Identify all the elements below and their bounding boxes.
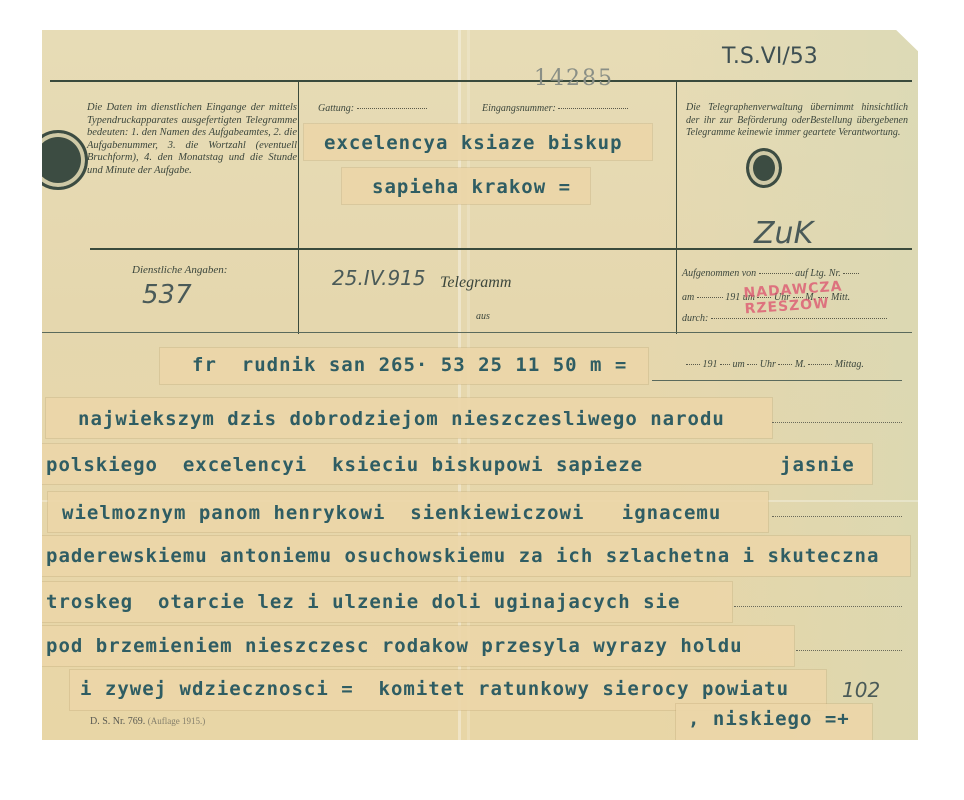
mittag-label: Mittag. xyxy=(835,359,864,370)
dotted-line xyxy=(686,364,700,365)
dotted-line xyxy=(747,364,757,365)
eingangsnummer-line xyxy=(558,108,628,109)
handwritten-date: 25.IV.915 xyxy=(332,266,426,290)
message-line-2b: jasnie xyxy=(780,454,855,476)
message-line-2: polskiego excelencyi ksieciu biskupowi s… xyxy=(46,454,643,476)
um-label: um xyxy=(733,359,745,370)
postal-seal xyxy=(746,148,782,188)
form-rule-vertical-right xyxy=(676,82,677,334)
dotted-line xyxy=(772,422,902,423)
address-line-2: sapieha krakow = xyxy=(372,176,571,198)
handwritten-initials: ZuK xyxy=(754,216,813,251)
gattung-field: Gattung: xyxy=(318,103,427,114)
dotted-line xyxy=(697,297,723,298)
dotted-line xyxy=(734,606,902,607)
handwritten-page-count: 102 xyxy=(842,678,880,702)
form-number: D. S. Nr. 769. xyxy=(90,716,145,727)
address-line-1: excelencya ksiaze biskup xyxy=(324,132,623,154)
left-notice: Die Daten im dienstlichen Eingange der m… xyxy=(87,102,297,177)
dotted-line xyxy=(711,318,887,319)
eingangsnummer-field: Eingangsnummer: xyxy=(482,103,628,114)
form-rule-date-line xyxy=(652,380,902,381)
message-line-6: pod brzemieniem nieszczesc rodakow przes… xyxy=(46,635,743,657)
message-line-4: paderewskiemu antoniemu osuchowskiemu za… xyxy=(46,545,879,567)
message-line-1: najwiekszym dzis dobrodziejom nieszczesl… xyxy=(78,408,725,430)
archive-mark: T.S.VI/53 xyxy=(722,44,818,69)
telegram-title: Telegramm xyxy=(440,274,511,292)
dienstliche-angaben-label: Dienstliche Angaben: xyxy=(132,264,227,276)
dotted-line xyxy=(796,650,902,651)
message-line-3: wielmoznym panom henrykowi sienkiewiczow… xyxy=(62,502,721,524)
form-rule-lower xyxy=(42,332,912,333)
form-footer: D. S. Nr. 769. (Auflage 1915.) xyxy=(90,716,205,727)
m-label: M. xyxy=(795,359,806,370)
form-edition: (Auflage 1915.) xyxy=(148,716,205,726)
right-notice: Die Telegraphenverwaltung übernimmt hins… xyxy=(686,102,908,140)
dotted-line xyxy=(759,273,793,274)
dotted-line xyxy=(720,364,730,365)
message-line-7: i zywej wdziecznosci = komitet ratunkowy… xyxy=(80,678,789,700)
gattung-label: Gattung: xyxy=(318,103,354,114)
incoming-number-stamp: 14285 xyxy=(534,66,614,91)
message-line-5: troskeg otarcie lez i ulzenie doli ugina… xyxy=(46,591,680,613)
year-prefix: 191 xyxy=(725,292,740,303)
telegram-paper: T.S.VI/53 14285 Die Daten im dienstliche… xyxy=(42,30,918,740)
handwritten-service-number: 537 xyxy=(142,280,192,310)
aufgenommen-field: Aufgenommen von auf Ltg. Nr. xyxy=(682,268,859,279)
dotted-line xyxy=(778,364,792,365)
mittag-field: 191 um Uhr M. Mittag. xyxy=(686,359,864,370)
uhr-label: Uhr xyxy=(760,359,776,370)
aufgenommen-label: Aufgenommen von xyxy=(682,268,756,279)
message-line-8: , niskiego =+ xyxy=(688,708,850,730)
telegram-header-line: fr rudnik san 265· 53 25 11 50 m = xyxy=(192,354,627,376)
form-rule-top xyxy=(50,80,912,82)
dotted-line xyxy=(843,273,859,274)
ltg-label: auf Ltg. Nr. xyxy=(795,268,841,279)
dotted-line xyxy=(772,516,902,517)
form-rule-vertical-left xyxy=(298,82,299,334)
eingangsnummer-label: Eingangsnummer: xyxy=(482,103,556,114)
am-label: am xyxy=(682,292,694,303)
from-label: aus xyxy=(476,311,490,322)
durch-label: durch: xyxy=(682,313,708,324)
gattung-line xyxy=(357,108,427,109)
dotted-line xyxy=(808,364,832,365)
telegraph-office-seal xyxy=(28,130,88,190)
year-prefix: 191 xyxy=(703,359,718,370)
